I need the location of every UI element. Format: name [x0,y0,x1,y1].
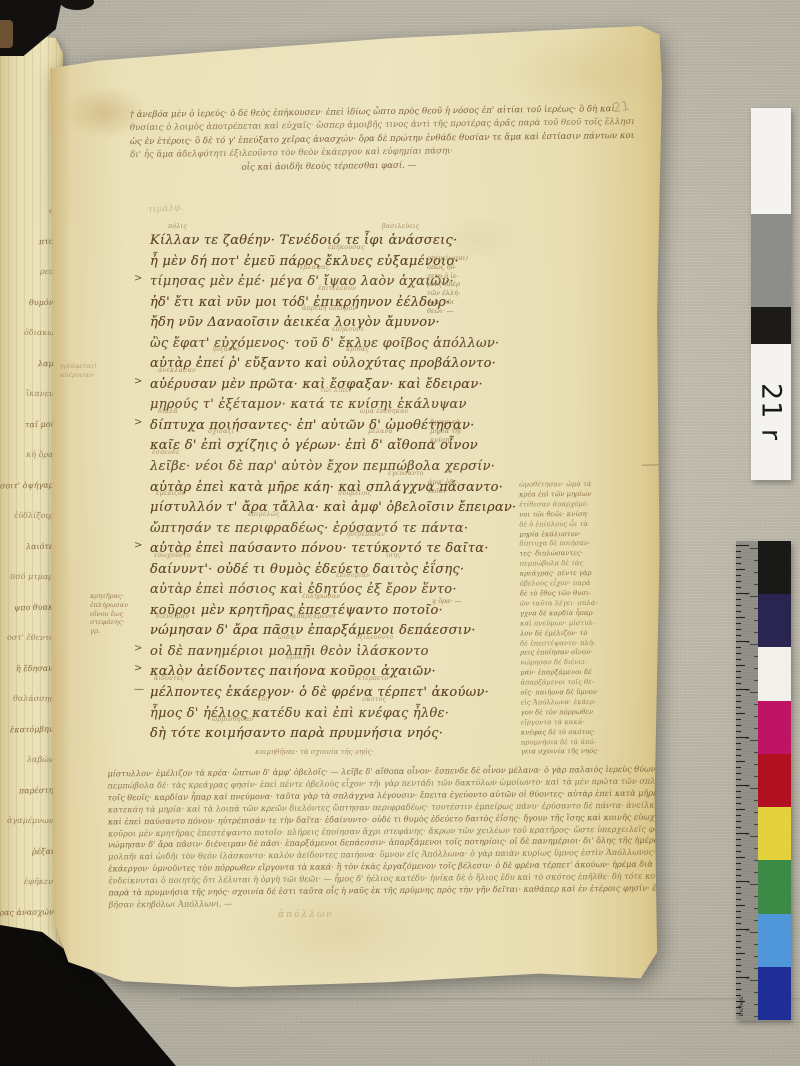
ruler-tick [736,971,741,972]
ruler-tick [736,839,741,840]
ruler-tick [736,1001,745,1002]
ruler-number: 3 [744,688,750,691]
line-marker: > [134,540,142,551]
binding-leather [0,20,13,48]
ruler-tick [754,680,758,681]
ruler-tick [750,884,758,885]
ruler-tick [736,749,741,750]
homeric-line-text: ἤδη νῦν Δαναοῖσιν ἀεικέα λοιγὸν ἄμυνον· [150,315,440,330]
color-patch-dark-blue [758,967,791,1020]
ruler-tick [736,743,741,744]
ruler-tick [736,773,741,774]
interlinear-gloss: ηὐτρέπισαν [346,531,385,538]
ruler-tick [754,560,758,561]
interlinear-gloss: ὠιδῆι [278,634,297,641]
margin-note-line: νων τῶι [427,298,468,307]
ruler-tick [750,788,758,789]
interlinear-gloss: ἀνέκλασαν [158,367,196,374]
interlinear-gloss: ἀπρεπῆ ὄλεθρον [302,305,356,312]
homeric-line: αὐτὰρ ἐπεί ῥ' εὔξαντο καὶ οὐλοχύτας προβ… [150,352,490,373]
ruler-number: 9 [744,976,750,979]
calibration-color-bar: inches 123456789 [736,541,791,1020]
ruler-tick [736,569,745,570]
margin-note-line: αὐέρυσαν· [60,371,96,380]
margin-note-line: χετο ὁ ἱε- [427,272,468,281]
homeric-line: ὤπτησάν τε περιφραδέως· ἐρύσαντό τε πάντ… [150,517,490,538]
ruler-tick [754,896,758,897]
ruler-tick [736,587,741,588]
ruler-tick [754,920,758,921]
ruler-tick [736,653,741,654]
interlinear-gloss: ἐπλήρωσαν [302,593,340,600]
ruler-tick [736,1013,741,1014]
line-marker: > [134,376,142,387]
interlinear-gloss: ἐπιθυμίαν [336,572,370,579]
ruler-tick [754,1016,758,1017]
ruler-tick [754,728,758,729]
homeric-line: μηρούς τ' ἐξέταμον· κατά τε κνίσηι ἐκάλυ… [150,393,490,414]
homeric-line-text: καλὸν ἀείδοντες παιήονα κοῦροι ἀχαιῶν· [150,664,436,679]
ruler-tick [754,860,758,861]
homeric-line-text: νώμησαν δ' ἄρα πᾶσιν ἐπαρξάμενοι δεπάεσσ… [150,623,476,638]
faded-smudge: τιμάλφ. [148,203,184,215]
ruler-tick [754,824,758,825]
ruler-tick [754,956,758,957]
ruler-number: 6 [744,832,750,835]
scholion-line: οἷς καὶ ἀοιδῆι θεοὺς τέρπεσθαι φασί. — [241,158,504,175]
ruler-tick [736,767,741,768]
parchment-folio-21r: 21 τιμάλφ. † ἀνεβόα μὲν ὁ ἱερεύς· ὁ δὲ θ… [50,26,662,988]
interlinear-gloss: σχίδαξι [208,428,234,435]
homeric-line: —μέλποντες ἑκάεργον· ὁ δὲ φρένα τέρπετ' … [150,681,490,702]
margin-note-line: ἐπλήρωσαν [90,601,128,610]
interlinear-gloss: ἐμέλιζον [156,490,186,497]
ruler-tick [754,752,758,753]
ruler-tick [736,953,745,954]
ruler-tick [736,599,741,600]
interlinear-gloss: εὐωχοῦντο [154,552,191,559]
homeric-line: νώμησαν δ' ἄρα πᾶσιν ἐπαρξάμενοι δεπάεσσ… [150,619,490,640]
margin-note-line: ση(μείωσαι) [427,254,468,263]
color-patch-yellow [758,807,791,860]
interlinear-gloss: ἐγεύσαντο [388,470,424,477]
ruler-tick [736,779,741,780]
ruler-tick [736,659,741,660]
interlinear-gloss: μέλανα [368,428,393,435]
ruler-tick [754,848,758,849]
ruler-tick [736,581,741,582]
color-patch-green [758,860,791,913]
ruler-tick [736,959,741,960]
homeric-line-text: ἠδ' ἔτι καὶ νῦν μοι τόδ' ἐπικρήηνον ἐέλδ… [150,295,450,310]
interlinear-gloss: ὠμὰ ἐπέθηκαν [360,408,409,415]
color-patches [758,541,791,1020]
ruler-tick [736,815,741,816]
facing-page-line-ending: οστ' ἔθεντο· [6,633,56,642]
interlinear-gloss: ἐπήκουσε [332,326,364,333]
interlinear-gloss: ἔσπενδε [152,449,180,456]
calibration-bar-bottom-wrap: inches 123456789 [736,541,791,1020]
ruler-tick [736,707,741,708]
homeric-line-text: τίμησας μὲν ἐμέ· μέγα δ' ἴψαο λαὸν ἀχαιῶ… [150,274,454,289]
interlinear-gloss: βασιλεύεις [382,223,419,230]
ruler-tick [736,803,741,804]
homeric-line-text: ἦμος δ' ἠέλιος κατέδυ καὶ ἐπὶ κνέφας ἦλθ… [150,706,449,721]
homeric-line-text: λεῖβε· νέοι δὲ παρ' αὐτὸν ἔχον πεμπώβολα… [150,459,495,474]
margin-note-line: ἤγουν τὰ [430,418,461,427]
homeric-line: >αὐτὰρ ἐπεὶ παύσαντο πόνου· τετύκοντό τε… [150,537,490,558]
ruler-tick [736,851,741,852]
margin-note-line: θεῶι· — [427,307,468,316]
ruler-number: 8 [744,928,750,931]
line-marker: — [134,684,144,695]
ruler-tick [754,1004,758,1005]
interlinear-gloss: ὡρμίσθησαν [212,716,254,723]
top-scholion-block: † ἀνεβόα μὲν ὁ ἱερεύς· ὁ δὲ θεὸς ἐπήκουσ… [130,103,636,176]
ruler-tick [736,575,741,576]
homeric-line: ἦμος δ' ἠέλιος κατέδυ καὶ ἐπὶ κνέφας ἦλθ… [150,702,490,723]
ruler-tick [736,863,741,864]
interlinear-gloss: σουβλίοις [338,490,372,497]
ruler-tick [736,563,741,564]
ruler-tick [736,647,741,648]
interlinear-gloss: διένειμαν [156,613,189,620]
interlinear-gloss: σκότος [362,696,386,703]
ruler-tick [736,809,745,810]
margin-note-line: μηρία τῆι [430,427,461,436]
ruler-tick [736,701,741,702]
interlinear-gloss: ἐπιτέλεσον [318,285,356,292]
line-marker: > [134,643,142,654]
ruler-tick [754,608,758,609]
ruler-tick [754,968,758,969]
ruler-tick [736,635,741,636]
gloss-under-last-line: κοιμηθῆναι· τὰ σχοινία τῆς νηός· [255,748,374,756]
right-scholia-block: ὠμοθέτησαν· ὠμὰ τὰκρέα ἐπὶ τῶν μηρίωνἐτί… [519,480,655,758]
color-patch-light-blue [758,914,791,967]
ruler-tick [736,629,741,630]
ruler-tick [736,719,741,720]
homeric-line-text: μίστυλλόν τ' ἄρα τἄλλα· καὶ ἀμφ' ὀβελοῖσ… [150,500,516,515]
margin-note-line: στεφάνης· [90,618,128,627]
ruler-tick [754,620,758,621]
homeric-line-text: Κίλλαν τε ζαθέην· Τενέδοιό τε ἶφι ἀνάσσε… [150,233,457,248]
right-margin-note-a: ση(μείωσαι)ὅπως ηὔ-χετο ὁ ἱε-ρεὺς ὑπὲρτῶ… [427,254,468,316]
ruler-tick [736,857,745,858]
ruler-tick [754,632,758,633]
ruler-tick [736,725,741,726]
ruler-tick [736,797,741,798]
interlinear-gloss: ἐπήκουσας [328,244,365,251]
ruler-number: 1 [744,592,750,595]
homeric-line-text: ὣς ἔφατ' εὐχόμενος· τοῦ δ' ἔκλυε φοῖβος … [150,336,499,351]
color-patch-red [758,754,791,807]
interlinear-gloss: κριθάς [346,346,369,353]
homeric-line: >οἱ δὲ πανημέριοι μολπῆι θεὸν ἱλάσκοντοὠ… [150,640,490,661]
homeric-line-text: καῖε δ' ἐπὶ σχίζηις ὁ γέρων· ἐπὶ δ' αἴθο… [150,438,478,453]
ruler-number: 4 [744,736,750,739]
folio-label: 21 r [756,383,787,441]
ruler-tick [736,791,741,792]
calibration-block-gray [751,214,791,307]
ruler-tick [736,821,741,822]
ruler-tick [750,980,758,981]
margin-note-line: ἀμφ' ὀβε- [428,478,459,487]
color-patch-black [758,541,791,594]
ruler-tick [754,764,758,765]
interlinear-gloss: ἐξιλεοῦντο [356,634,393,641]
left-margin-note-a: γρ(άφεται)αὐέρυσαν· [60,362,96,380]
ruler-tick [736,887,741,888]
interlinear-gloss: ἀπαρξάμενοι [292,613,336,620]
ruler-tick [736,671,741,672]
ruler-tick [750,596,758,597]
homeric-line: Κίλλαν τε ζαθέην· Τενέδοιό τε ἶφι ἀνάσσε… [150,229,490,250]
ruler-tick [754,704,758,705]
margin-note-line: ϗ ὅρα· — [432,597,461,606]
ruler-number: 5 [744,784,750,787]
interlinear-gloss: ἔδυ [258,696,270,703]
bottom-scholia-block: μίστυλλον· ἐμέλιζον τὰ κρέα· ὤπτων δ' ἀμ… [107,764,656,912]
interlinear-gloss: ἐπιμελῶς [248,511,280,518]
interlinear-gloss: πόλις [168,223,187,230]
ruler-tick [736,611,741,612]
left-margin-note-b: κρητῆρας·ἐπλήρωσανοἴνου ἕωςστεφάνης·γρ. [90,592,128,636]
scholion-line: γεια σχοινία τῆς νηός· [521,747,655,758]
ruler-tick [736,713,745,714]
homeric-line-text: αὐτὰρ ἐπεὶ παύσαντο πόνου· τετύκοντό τε … [150,541,489,556]
ruler-tick [754,992,758,993]
homeric-line: δαίνυντ'· οὐδέ τι θυμὸς ἐδεύετο δαιτὸς ἐ… [150,558,490,579]
homeric-line-text: μηρούς τ' ἐξέταμον· κατά τε κνίσηι ἐκάλυ… [150,397,467,412]
homeric-line: >καλὸν ἀείδοντες παιήονα κοῦροι ἀχαιῶν·ὕ… [150,660,490,681]
ruler-tick [736,965,741,966]
ruler-tick [736,875,741,876]
ruler: inches 123456789 [736,541,758,1020]
color-patch-white [758,647,791,700]
ruler-number: 2 [744,640,750,643]
line-marker: > [134,417,142,428]
ruler-tick [736,911,741,912]
color-patch-magenta [758,701,791,754]
right-margin-note-b: ἤγουν τὰμηρία τῆικνίσηι· [430,418,461,444]
interlinear-gloss: ἄιδοντες [154,675,184,682]
margin-note-line: ρεὺς ὑπὲρ [427,280,468,289]
facing-page-line-ending: σοιτ' ὀψήγαρ· [0,480,56,490]
homeric-line-text: δαίνυντ'· οὐδέ τι θυμὸς ἐδεύετο δαιτὸς ἐ… [150,562,464,577]
ruler-tick [736,623,741,624]
margin-note-line: κρητῆρας· [90,592,128,601]
right-margin-note-c: ἀμφ' ὀβε-λοῖσι· [428,478,459,496]
ruler-tick [736,917,741,918]
homeric-line-text: δίπτυχα ποιήσαντες· ἐπ' αὐτῶν δ' ὠμοθέτη… [150,418,475,433]
ruler-tick [736,899,741,900]
ruler-tick [736,905,745,906]
calibration-bar-top-wrap: 21 r [751,108,791,480]
ruler-number: 7 [744,880,750,883]
margin-note-line: τῶν ἑλλή- [427,289,468,298]
ruler-tick [736,845,741,846]
ruler-tick [736,551,741,552]
right-margin-note-d: ϗ ὅρα· — [432,597,461,606]
ruler-tick [754,668,758,669]
interlinear-gloss: ἐτέρπετο [358,675,388,682]
ruler-tick [736,941,741,942]
ruler-tick [754,572,758,573]
margin-note-line: ὅπως ηὔ- [427,263,468,272]
ruler-tick [736,665,745,666]
margin-note-line: οἴνου ἕως [90,610,128,619]
ruler-tick [736,683,741,684]
calibration-grayscale-bar: 21 r [751,108,791,480]
ruler-tick [736,893,741,894]
ruler-tick [750,548,758,549]
ruler-tick [754,800,758,801]
ruler-tick [736,545,749,546]
interlinear-gloss: ἴσης [386,552,401,559]
calibration-block-white [751,108,791,214]
ruler-tick [736,869,741,870]
ruler-tick [750,836,758,837]
manuscript-photograph: ο·πτο·ρεο·θυμόν·ὀδιακω·λαμ·ἵκανεν·ταῖ μο… [0,0,800,1066]
faded-tail-word: ἀπόλλων [278,910,334,920]
ruler-tick [736,731,741,732]
ruler-tick [736,605,741,606]
homeric-line: λεῖβε· νέοι δὲ παρ' αὐτὸν ἔχον πεμπώβολα… [150,455,490,476]
interlinear-gloss: διπλᾶ [158,408,178,415]
ruler-tick [736,935,741,936]
ruler-tick [754,656,758,657]
margin-note-line: κνίσηι· [430,436,461,445]
facing-page-line-ending: χεῖρας ἀνασχών· [0,907,56,917]
ruler-tick [750,740,758,741]
ruler-tick [754,812,758,813]
homeric-line-text: αὐέρυσαν μὲν πρῶτα· καὶ ἔσφαξαν· καὶ ἔδε… [150,377,483,392]
calibration-block-black [751,307,791,344]
ruler-tick [736,995,741,996]
ruler-tick [754,872,758,873]
line-marker: > [134,273,142,284]
interlinear-gloss: ἔβλαψας [300,264,329,271]
interlinear-gloss: ὕμνον [286,654,306,661]
ruler-tick [736,617,745,618]
ruler-tick [736,989,741,990]
ruler-tick [754,908,758,909]
color-patch-dark-navy [758,594,791,647]
ruler-tick [750,644,758,645]
ruler-tick [736,755,741,756]
margin-note-line: γρ(άφεται) [60,362,96,371]
ruler-tick [754,776,758,777]
margin-note-line: λοῖσι· [428,487,459,496]
ruler-tick [754,944,758,945]
homeric-line-text: μέλποντες ἑκάεργον· ὁ δὲ φρένα τέρπετ' ἀ… [150,685,489,700]
homeric-line-text: δὴ τότε κοιμήσαντο παρὰ πρυμνήσια νηός· [150,726,443,741]
homeric-line: ὣς ἔφατ' εὐχόμενος· τοῦ δ' ἔκλυε φοῖβος … [150,332,490,353]
ruler-tick [736,947,741,948]
ruler-tick [736,827,741,828]
ruler-tick [736,923,741,924]
homeric-line: δὴ τότε κοιμήσαντο παρὰ πρυμνήσια νηός·ὡ… [150,722,490,743]
line-marker: > [134,663,142,674]
margin-note-line: γρ. [90,627,128,636]
calibration-block-folio-label-cell: 21 r [751,344,791,480]
ruler-tick [754,716,758,717]
interlinear-gloss: τῶι λίπει [320,387,351,394]
ruler-tick [736,761,745,762]
ruler-tick [736,677,741,678]
ruler-tick [736,1007,741,1008]
ruler-tick [736,695,741,696]
facing-page-line-ending: ἀγαμέμνων· [7,816,56,825]
homeric-line: μίστυλλόν τ' ἄρα τἄλλα· καὶ ἀμφ' ὀβελοῖσ… [150,496,490,517]
cloth-crease [180,998,800,1000]
ruler-tick [750,932,758,933]
cloth-crease [300,1022,800,1023]
ruler-tick [754,584,758,585]
ruler-tick [736,557,741,558]
ruler-tick [750,692,758,693]
ruler-tick [736,983,741,984]
homeric-line-text: ὤπτησάν τε περιφραδέως· ἐρύσαντό τε πάντ… [150,521,468,536]
homeric-line-text: αὐτὰρ ἐπεί ῥ' εὔξαντο καὶ οὐλοχύτας προβ… [150,356,496,371]
parchment-page-wrap: 21 τιμάλφ. † ἀνεβόα μὲν ὁ ἱερεύς· ὁ δὲ θ… [50,26,662,988]
interlinear-gloss: ηὔξαντο [212,346,240,353]
